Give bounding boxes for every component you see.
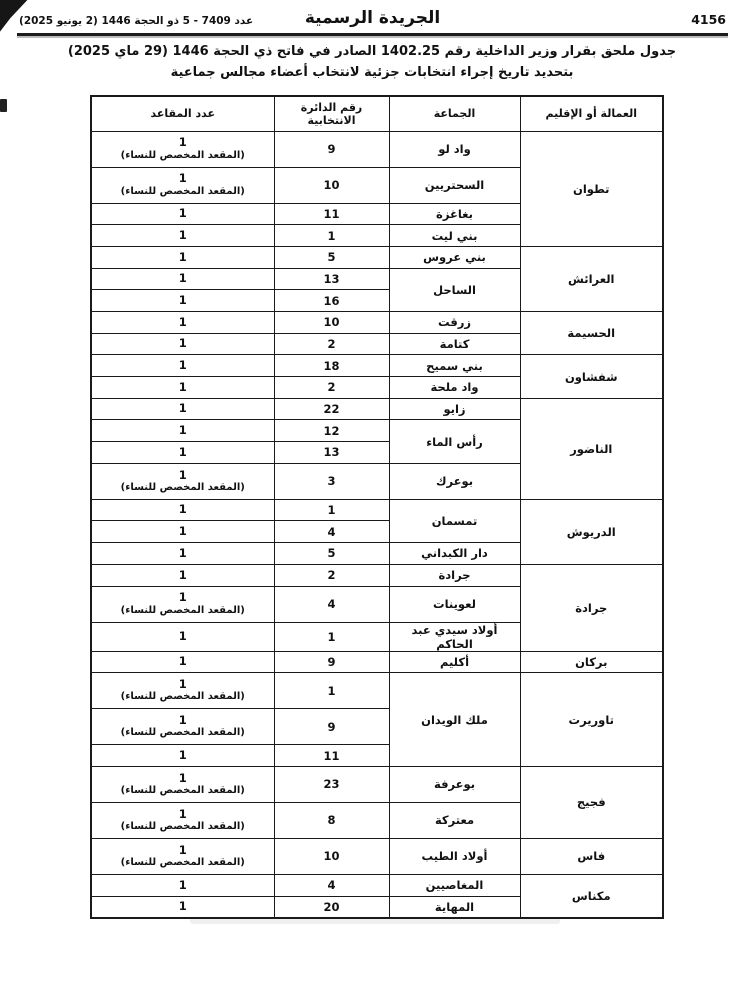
district-number-cell: 18 — [274, 355, 389, 377]
seats-cell: 1(المقعد المخصص للنساء) — [91, 131, 274, 167]
seats-cell: 1(المقعد المخصص للنساء) — [91, 709, 274, 745]
seats-cell: 1 — [91, 521, 274, 543]
district-number-cell: 3 — [274, 463, 389, 499]
district-number-cell: 23 — [274, 766, 389, 802]
commune-cell: واد لو — [389, 131, 520, 167]
seats-cell: 1(المقعد المخصص للنساء) — [91, 463, 274, 499]
seat-count: 1 — [94, 749, 272, 762]
province-cell: العرائش — [520, 246, 663, 311]
province-cell: تطوان — [520, 131, 663, 246]
province-cell: الدريوش — [520, 499, 663, 564]
district-number-cell: 9 — [274, 651, 389, 673]
commune-cell: زايو — [389, 398, 520, 420]
women-seat-note: (المقعد المخصص للنساء) — [94, 857, 272, 869]
seat-count: 1 — [94, 446, 272, 459]
decree-title-line2: بتحديد تاريخ إجراء انتخابات جزئية لانتخا… — [0, 63, 744, 84]
seats-cell: 1 — [91, 896, 274, 918]
commune-cell: بني عروس — [389, 246, 520, 268]
seat-count: 1 — [94, 655, 272, 668]
header-seats: عدد المقاعد — [91, 96, 274, 131]
seats-cell: 1 — [91, 377, 274, 399]
seat-count: 1 — [94, 359, 272, 372]
seat-count: 1 — [94, 630, 272, 643]
province-cell: بركان — [520, 651, 663, 673]
header-rule — [17, 33, 728, 36]
commune-cell: دار الكبداني — [389, 543, 520, 565]
table-row: بركانأكليم91 — [91, 651, 663, 673]
table-row: شفشاونبني سميح181 — [91, 355, 663, 377]
province-cell: جرادة — [520, 564, 663, 651]
province-cell: فجيج — [520, 766, 663, 838]
commune-cell: أولاد سيدي عبد الحاكم — [389, 622, 520, 651]
decree-title: جدول ملحق بقرار وزير الداخلية رقم 1402.2… — [0, 42, 744, 84]
province-cell: الحسيمة — [520, 311, 663, 354]
district-number-cell: 11 — [274, 203, 389, 225]
district-number-cell: 10 — [274, 838, 389, 874]
commune-cell: كتامة — [389, 333, 520, 355]
province-cell: تاوريرت — [520, 673, 663, 767]
header-commune: الجماعة — [389, 96, 520, 131]
page-header: عدد 7409 - 5 ذو الحجة 1446 (2 يونيو 2025… — [17, 8, 728, 32]
seat-count: 1 — [94, 469, 272, 482]
seat-count: 1 — [94, 714, 272, 727]
commune-cell: بوعرك — [389, 463, 520, 499]
gazette-page: { "page": { "number": "4156", "masthead"… — [0, 0, 744, 1000]
commune-cell: ملك الويدان — [389, 673, 520, 767]
header-province: العمالة أو الإقليم — [520, 96, 663, 131]
seat-count: 1 — [94, 879, 272, 892]
seat-count: 1 — [94, 591, 272, 604]
district-number-cell: 9 — [274, 709, 389, 745]
district-number-cell: 10 — [274, 167, 389, 203]
table-header: العمالة أو الإقليم الجماعة رقم الدائرة ا… — [91, 96, 663, 131]
seat-count: 1 — [94, 381, 272, 394]
seats-cell: 1 — [91, 268, 274, 290]
province-cell: مكناس — [520, 874, 663, 917]
district-number-cell: 13 — [274, 442, 389, 464]
seat-count: 1 — [94, 207, 272, 220]
seat-count: 1 — [94, 229, 272, 242]
seat-count: 1 — [94, 272, 272, 285]
district-number-cell: 4 — [274, 586, 389, 622]
commune-cell: رأس الماء — [389, 420, 520, 463]
district-number-cell: 20 — [274, 896, 389, 918]
commune-cell: الساحل — [389, 268, 520, 311]
commune-cell: بوعرفة — [389, 766, 520, 802]
commune-cell: معتركة — [389, 802, 520, 838]
table-row: الدريوشتمسمان11 — [91, 499, 663, 521]
seats-cell: 1 — [91, 745, 274, 767]
seat-count: 1 — [94, 525, 272, 538]
seat-count: 1 — [94, 172, 272, 185]
district-number-cell: 10 — [274, 311, 389, 333]
seat-count: 1 — [94, 569, 272, 582]
district-number-cell: 16 — [274, 290, 389, 312]
seats-cell: 1 — [91, 874, 274, 896]
seats-cell: 1 — [91, 203, 274, 225]
district-number-cell: 13 — [274, 268, 389, 290]
seats-cell: 1 — [91, 442, 274, 464]
masthead-title: الجريدة الرسمية — [17, 8, 728, 28]
seat-count: 1 — [94, 844, 272, 857]
seats-cell: 1 — [91, 420, 274, 442]
seat-count: 1 — [94, 136, 272, 149]
header-district: رقم الدائرة الانتخابية — [274, 96, 389, 131]
women-seat-note: (المقعد المخصص للنساء) — [94, 482, 272, 494]
seat-count: 1 — [94, 808, 272, 821]
women-seat-note: (المقعد المخصص للنساء) — [94, 186, 272, 198]
seats-cell: 1(المقعد المخصص للنساء) — [91, 838, 274, 874]
seat-count: 1 — [94, 547, 272, 560]
district-number-cell: 2 — [274, 564, 389, 586]
commune-cell: تمسمان — [389, 499, 520, 542]
commune-cell: السحتريين — [389, 167, 520, 203]
district-number-cell: 1 — [274, 225, 389, 247]
women-seat-note: (المقعد المخصص للنساء) — [94, 150, 272, 162]
district-number-cell: 8 — [274, 802, 389, 838]
women-seat-note: (المقعد المخصص للنساء) — [94, 727, 272, 739]
commune-cell: بني سميح — [389, 355, 520, 377]
seats-cell: 1 — [91, 225, 274, 247]
seats-cell: 1 — [91, 499, 274, 521]
seats-cell: 1 — [91, 398, 274, 420]
seats-cell: 1 — [91, 622, 274, 651]
seats-cell: 1 — [91, 290, 274, 312]
seats-cell: 1 — [91, 651, 274, 673]
district-number-cell: 1 — [274, 673, 389, 709]
page-number: 4156 — [691, 12, 726, 27]
commune-cell: واد ملحة — [389, 377, 520, 399]
table-row: فجيجبوعرفة231(المقعد المخصص للنساء) — [91, 766, 663, 802]
district-number-cell: 4 — [274, 874, 389, 896]
district-number-cell: 9 — [274, 131, 389, 167]
table-row: تاوريرتملك الويدان11(المقعد المخصص للنسا… — [91, 673, 663, 709]
women-seat-note: (المقعد المخصص للنساء) — [94, 785, 272, 797]
district-number-cell: 5 — [274, 246, 389, 268]
seat-count: 1 — [94, 424, 272, 437]
scan-artifact-edge — [0, 99, 7, 112]
district-number-cell: 2 — [274, 377, 389, 399]
table-row: مكناسالمغاصيين41 — [91, 874, 663, 896]
women-seat-note: (المقعد المخصص للنساء) — [94, 605, 272, 617]
seats-cell: 1 — [91, 311, 274, 333]
seat-count: 1 — [94, 503, 272, 516]
commune-cell: أولاد الطيب — [389, 838, 520, 874]
commune-cell: بني ليت — [389, 225, 520, 247]
seat-count: 1 — [94, 402, 272, 415]
table-row: العرائشبني عروس51 — [91, 246, 663, 268]
commune-cell: زرقت — [389, 311, 520, 333]
seats-cell: 1(المقعد المخصص للنساء) — [91, 673, 274, 709]
district-number-cell: 4 — [274, 521, 389, 543]
elections-table: العمالة أو الإقليم الجماعة رقم الدائرة ا… — [90, 95, 664, 919]
women-seat-note: (المقعد المخصص للنساء) — [94, 691, 272, 703]
women-seat-note: (المقعد المخصص للنساء) — [94, 821, 272, 833]
seats-cell: 1 — [91, 333, 274, 355]
seats-cell: 1(المقعد المخصص للنساء) — [91, 586, 274, 622]
seat-count: 1 — [94, 337, 272, 350]
district-number-cell: 1 — [274, 622, 389, 651]
commune-cell: المغاصيين — [389, 874, 520, 896]
table-row: الناضورزايو221 — [91, 398, 663, 420]
decree-title-line1: جدول ملحق بقرار وزير الداخلية رقم 1402.2… — [0, 42, 744, 63]
district-number-cell: 5 — [274, 543, 389, 565]
table-row: الحسيمةزرقت101 — [91, 311, 663, 333]
province-cell: شفشاون — [520, 355, 663, 398]
seat-count: 1 — [94, 316, 272, 329]
seats-cell: 1(المقعد المخصص للنساء) — [91, 766, 274, 802]
seats-cell: 1(المقعد المخصص للنساء) — [91, 167, 274, 203]
commune-cell: جرادة — [389, 564, 520, 586]
seats-cell: 1 — [91, 564, 274, 586]
commune-cell: أكليم — [389, 651, 520, 673]
province-cell: الناضور — [520, 398, 663, 499]
table-row: جرادةجرادة21 — [91, 564, 663, 586]
seat-count: 1 — [94, 294, 272, 307]
commune-cell: المهاية — [389, 896, 520, 918]
table-body: تطوانواد لو91(المقعد المخصص للنساء)السحت… — [91, 131, 663, 918]
seats-cell: 1 — [91, 246, 274, 268]
commune-cell: لعوينات — [389, 586, 520, 622]
seats-cell: 1(المقعد المخصص للنساء) — [91, 802, 274, 838]
district-number-cell: 12 — [274, 420, 389, 442]
seat-count: 1 — [94, 251, 272, 264]
district-number-cell: 22 — [274, 398, 389, 420]
commune-cell: بغاغزة — [389, 203, 520, 225]
seats-cell: 1 — [91, 355, 274, 377]
seat-count: 1 — [94, 900, 272, 913]
table-row: تطوانواد لو91(المقعد المخصص للنساء) — [91, 131, 663, 167]
province-cell: فاس — [520, 838, 663, 874]
seats-cell: 1 — [91, 543, 274, 565]
seat-count: 1 — [94, 678, 272, 691]
district-number-cell: 2 — [274, 333, 389, 355]
district-number-cell: 1 — [274, 499, 389, 521]
table-row: فاسأولاد الطيب101(المقعد المخصص للنساء) — [91, 838, 663, 874]
district-number-cell: 11 — [274, 745, 389, 767]
seat-count: 1 — [94, 772, 272, 785]
header-row: العمالة أو الإقليم الجماعة رقم الدائرة ا… — [91, 96, 663, 131]
